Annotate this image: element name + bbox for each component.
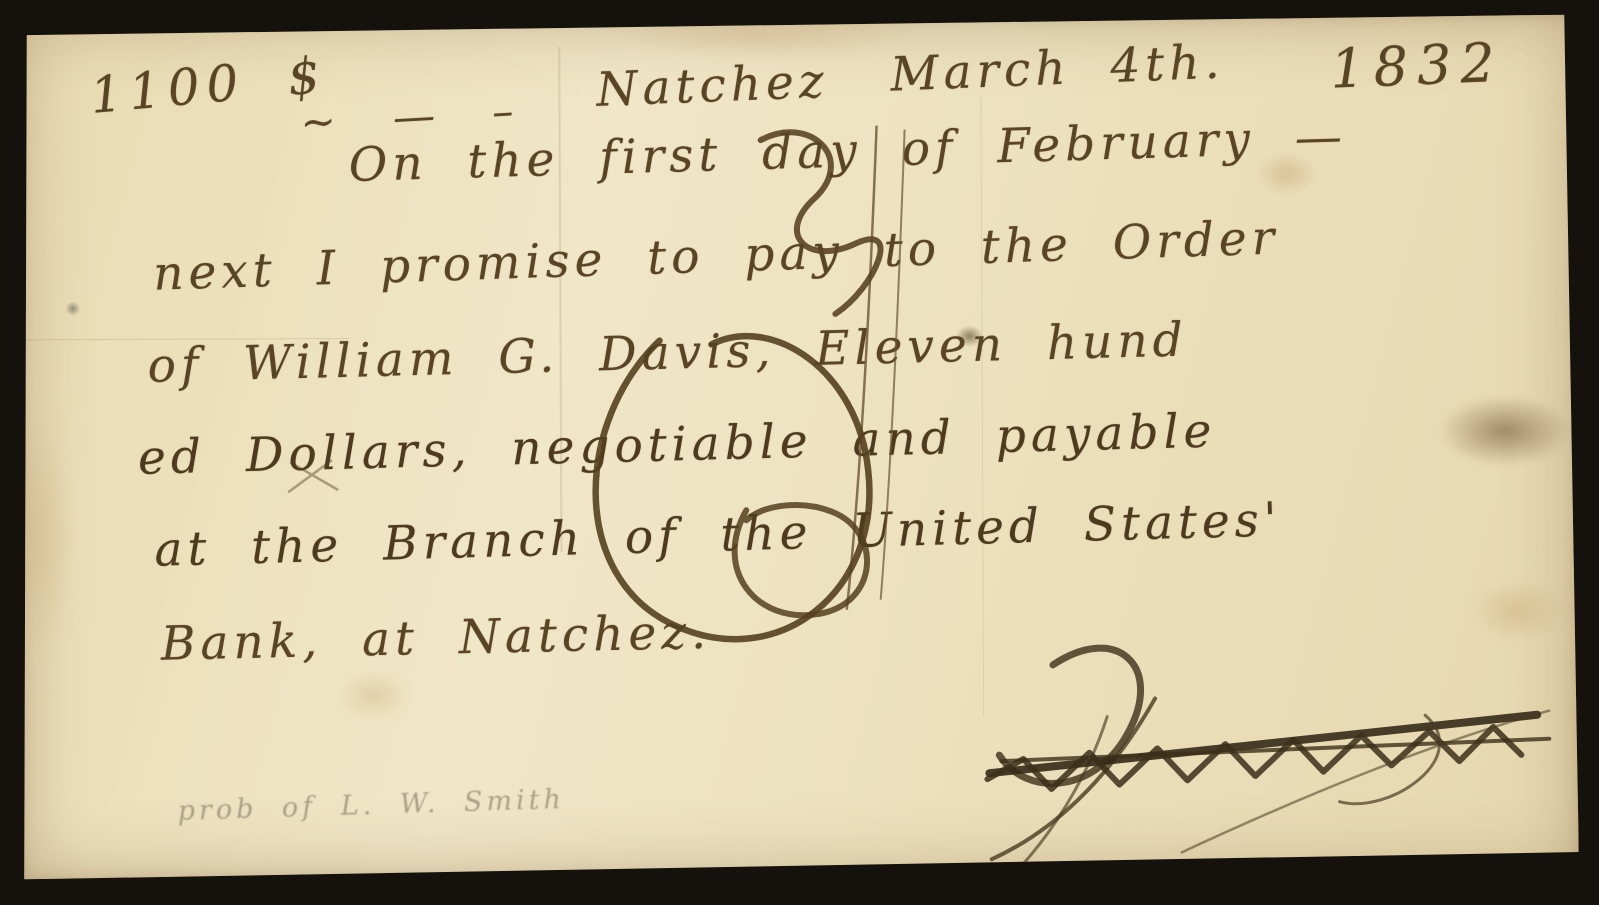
- signature-tail-flourish: [1181, 711, 1550, 853]
- small-spot: [65, 301, 80, 316]
- signature-strike-line: [989, 715, 1537, 773]
- signature-strike-line: [1001, 739, 1549, 761]
- document-paper: 1100 $ ~ — – Natchez March 4th. 1832 On …: [18, 15, 1579, 880]
- edge-discoloration: [2, 421, 73, 651]
- signature-descender: [1013, 717, 1108, 873]
- signature-strike-zigzag: [987, 727, 1521, 789]
- dateline-month-day: March 4th.: [889, 34, 1225, 102]
- body-line: next I promise to pay to the Order: [152, 210, 1280, 301]
- signature-tail-flourish: [1339, 715, 1440, 804]
- dateline-year: 1832: [1329, 31, 1505, 101]
- ink-smear-stain: [1438, 395, 1573, 468]
- edge-discoloration: [598, 9, 918, 56]
- foxing-spot: [337, 670, 411, 722]
- foxing-spot: [1471, 580, 1566, 642]
- body-line: at the Branch of the United States': [154, 492, 1283, 577]
- body-line: Bank, at Natchez.: [160, 605, 711, 672]
- body-line: of William G. Davis, Eleven hund: [147, 313, 1188, 394]
- signature-descender: [991, 698, 1156, 859]
- vertical-crease: [558, 47, 562, 552]
- amount-figures: 1100 $: [88, 46, 329, 125]
- body-line: ed Dollars, negotiable and payable: [137, 404, 1217, 486]
- photo-backdrop: 1100 $ ~ — – Natchez March 4th. 1832 On …: [0, 0, 1599, 905]
- dateline-place: Natchez: [595, 54, 829, 118]
- signature-loop: [999, 648, 1141, 784]
- pencil-annotation: prob of L. W. Smith: [177, 784, 565, 827]
- vertical-crease: [980, 97, 984, 717]
